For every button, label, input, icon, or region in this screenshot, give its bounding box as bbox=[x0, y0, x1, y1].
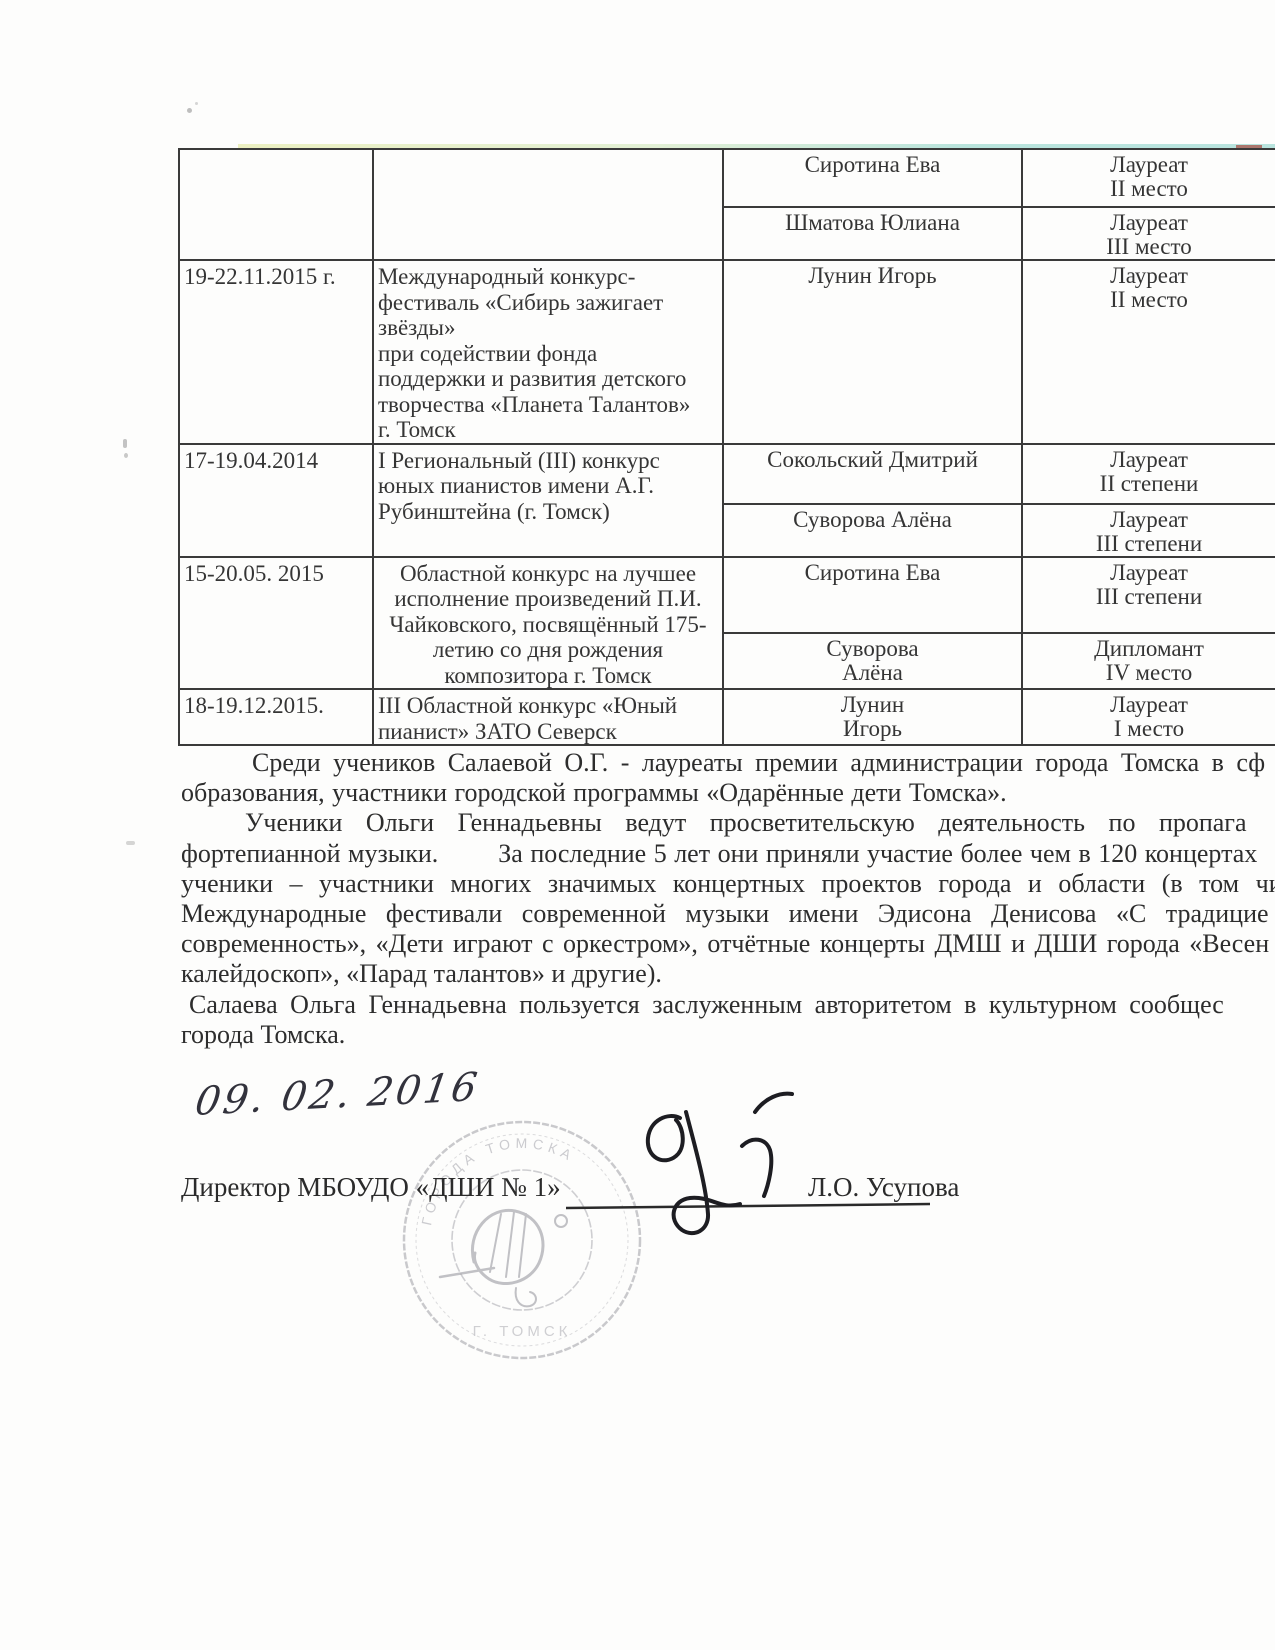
award-cell: Лауреат I место bbox=[1022, 689, 1275, 745]
date-cell bbox=[179, 149, 373, 260]
student-cell: Шматова Юлиана bbox=[723, 207, 1022, 260]
student-cell: Сокольский Дмитрий bbox=[723, 444, 1022, 504]
competition-cell bbox=[373, 149, 723, 260]
table-row: 18-19.12.2015. III Областной конкурс «Юн… bbox=[179, 689, 1275, 745]
signature bbox=[648, 1094, 792, 1234]
student-cell: Лунин Игорь bbox=[723, 260, 1022, 444]
scan-speck bbox=[124, 453, 128, 458]
student-cell: Суворова Алёна bbox=[723, 633, 1022, 689]
lyre-emblem-icon bbox=[440, 1210, 567, 1306]
scan-speck bbox=[126, 841, 135, 845]
table-row: Сиротина Ева Лауреат II место bbox=[179, 149, 1275, 207]
competition-cell: Областной конкурс на лучшее исполнение п… bbox=[373, 557, 723, 690]
director-title: Директор МБОУДО «ДШИ № 1» bbox=[181, 1172, 561, 1203]
awards-table: Сиротина Ева Лауреат II место Шматова Юл… bbox=[178, 148, 1275, 746]
body-text-line: образования, участники городской програм… bbox=[181, 778, 1275, 808]
competition-cell: Международный конкурс- фестиваль «Сибирь… bbox=[373, 260, 723, 444]
award-cell: Лауреат II место bbox=[1022, 260, 1275, 444]
body-text-line: фортепианной музыки. За последние 5 лет … bbox=[181, 839, 1275, 869]
award-cell: Дипломант IV место bbox=[1022, 633, 1275, 689]
student-cell: Сиротина Ева bbox=[723, 557, 1022, 634]
date-cell: 18-19.12.2015. bbox=[179, 689, 373, 745]
table-row: 15-20.05. 2015 Областной конкурс на лучш… bbox=[179, 557, 1275, 634]
body-text-line: Международные фестивали современной музы… bbox=[181, 899, 1275, 929]
scan-speck bbox=[195, 102, 198, 105]
body-text-line: города Томска. bbox=[181, 1020, 1275, 1050]
scanned-document-page: Сиротина Ева Лауреат II место Шматова Юл… bbox=[0, 0, 1275, 1650]
body-text-line: Салаева Ольга Геннадьевна пользуется зас… bbox=[181, 990, 1275, 1020]
body-text-line: Ученики Ольги Геннадьевны ведут просвети… bbox=[181, 808, 1275, 838]
stamp-ring-text-bottom: Г. ТОМСК bbox=[473, 1323, 572, 1340]
award-cell: Лауреат III место bbox=[1022, 207, 1275, 260]
competition-cell: I Региональный (III) конкурс юных пианис… bbox=[373, 444, 723, 557]
student-cell: Суворова Алёна bbox=[723, 504, 1022, 557]
awards-table-container: Сиротина Ева Лауреат II место Шматова Юл… bbox=[178, 148, 1275, 746]
signature-line bbox=[566, 1204, 930, 1208]
body-text-line: ученики – участники многих значимых конц… bbox=[181, 869, 1275, 899]
table-row: 17-19.04.2014 I Региональный (III) конку… bbox=[179, 444, 1275, 504]
scan-speck bbox=[123, 439, 127, 448]
body-text: Среди учеников Салаевой О.Г. - лауреаты … bbox=[181, 748, 1275, 1050]
official-stamp: ГОРОДА ТОМСКА Г. ТОМСК bbox=[404, 1122, 640, 1358]
date-cell: 17-19.04.2014 bbox=[179, 444, 373, 557]
scan-speck bbox=[187, 108, 192, 113]
table-row: 19-22.11.2015 г. Международный конкурс- … bbox=[179, 260, 1275, 444]
award-cell: Лауреат III степени bbox=[1022, 504, 1275, 557]
date-cell: 19-22.11.2015 г. bbox=[179, 260, 373, 444]
award-cell: Лауреат III степени bbox=[1022, 557, 1275, 634]
date-cell: 15-20.05. 2015 bbox=[179, 557, 373, 690]
signer-name: Л.О. Усупова bbox=[808, 1172, 959, 1203]
body-text-line: современность», «Дети играют с оркестром… bbox=[181, 929, 1275, 959]
competition-cell: III Областной конкурс «Юный пианист» ЗАТ… bbox=[373, 689, 723, 745]
student-cell: Лунин Игорь bbox=[723, 689, 1022, 745]
handwritten-date: 09. 02. 2016 bbox=[192, 1065, 483, 1125]
award-cell: Лауреат II степени bbox=[1022, 444, 1275, 504]
body-text-line: Среди учеников Салаевой О.Г. - лауреаты … bbox=[181, 748, 1275, 778]
body-text-line: калейдоскоп», «Парад талантов» и другие)… bbox=[181, 959, 1275, 989]
student-cell: Сиротина Ева bbox=[723, 149, 1022, 207]
award-cell: Лауреат II место bbox=[1022, 149, 1275, 207]
